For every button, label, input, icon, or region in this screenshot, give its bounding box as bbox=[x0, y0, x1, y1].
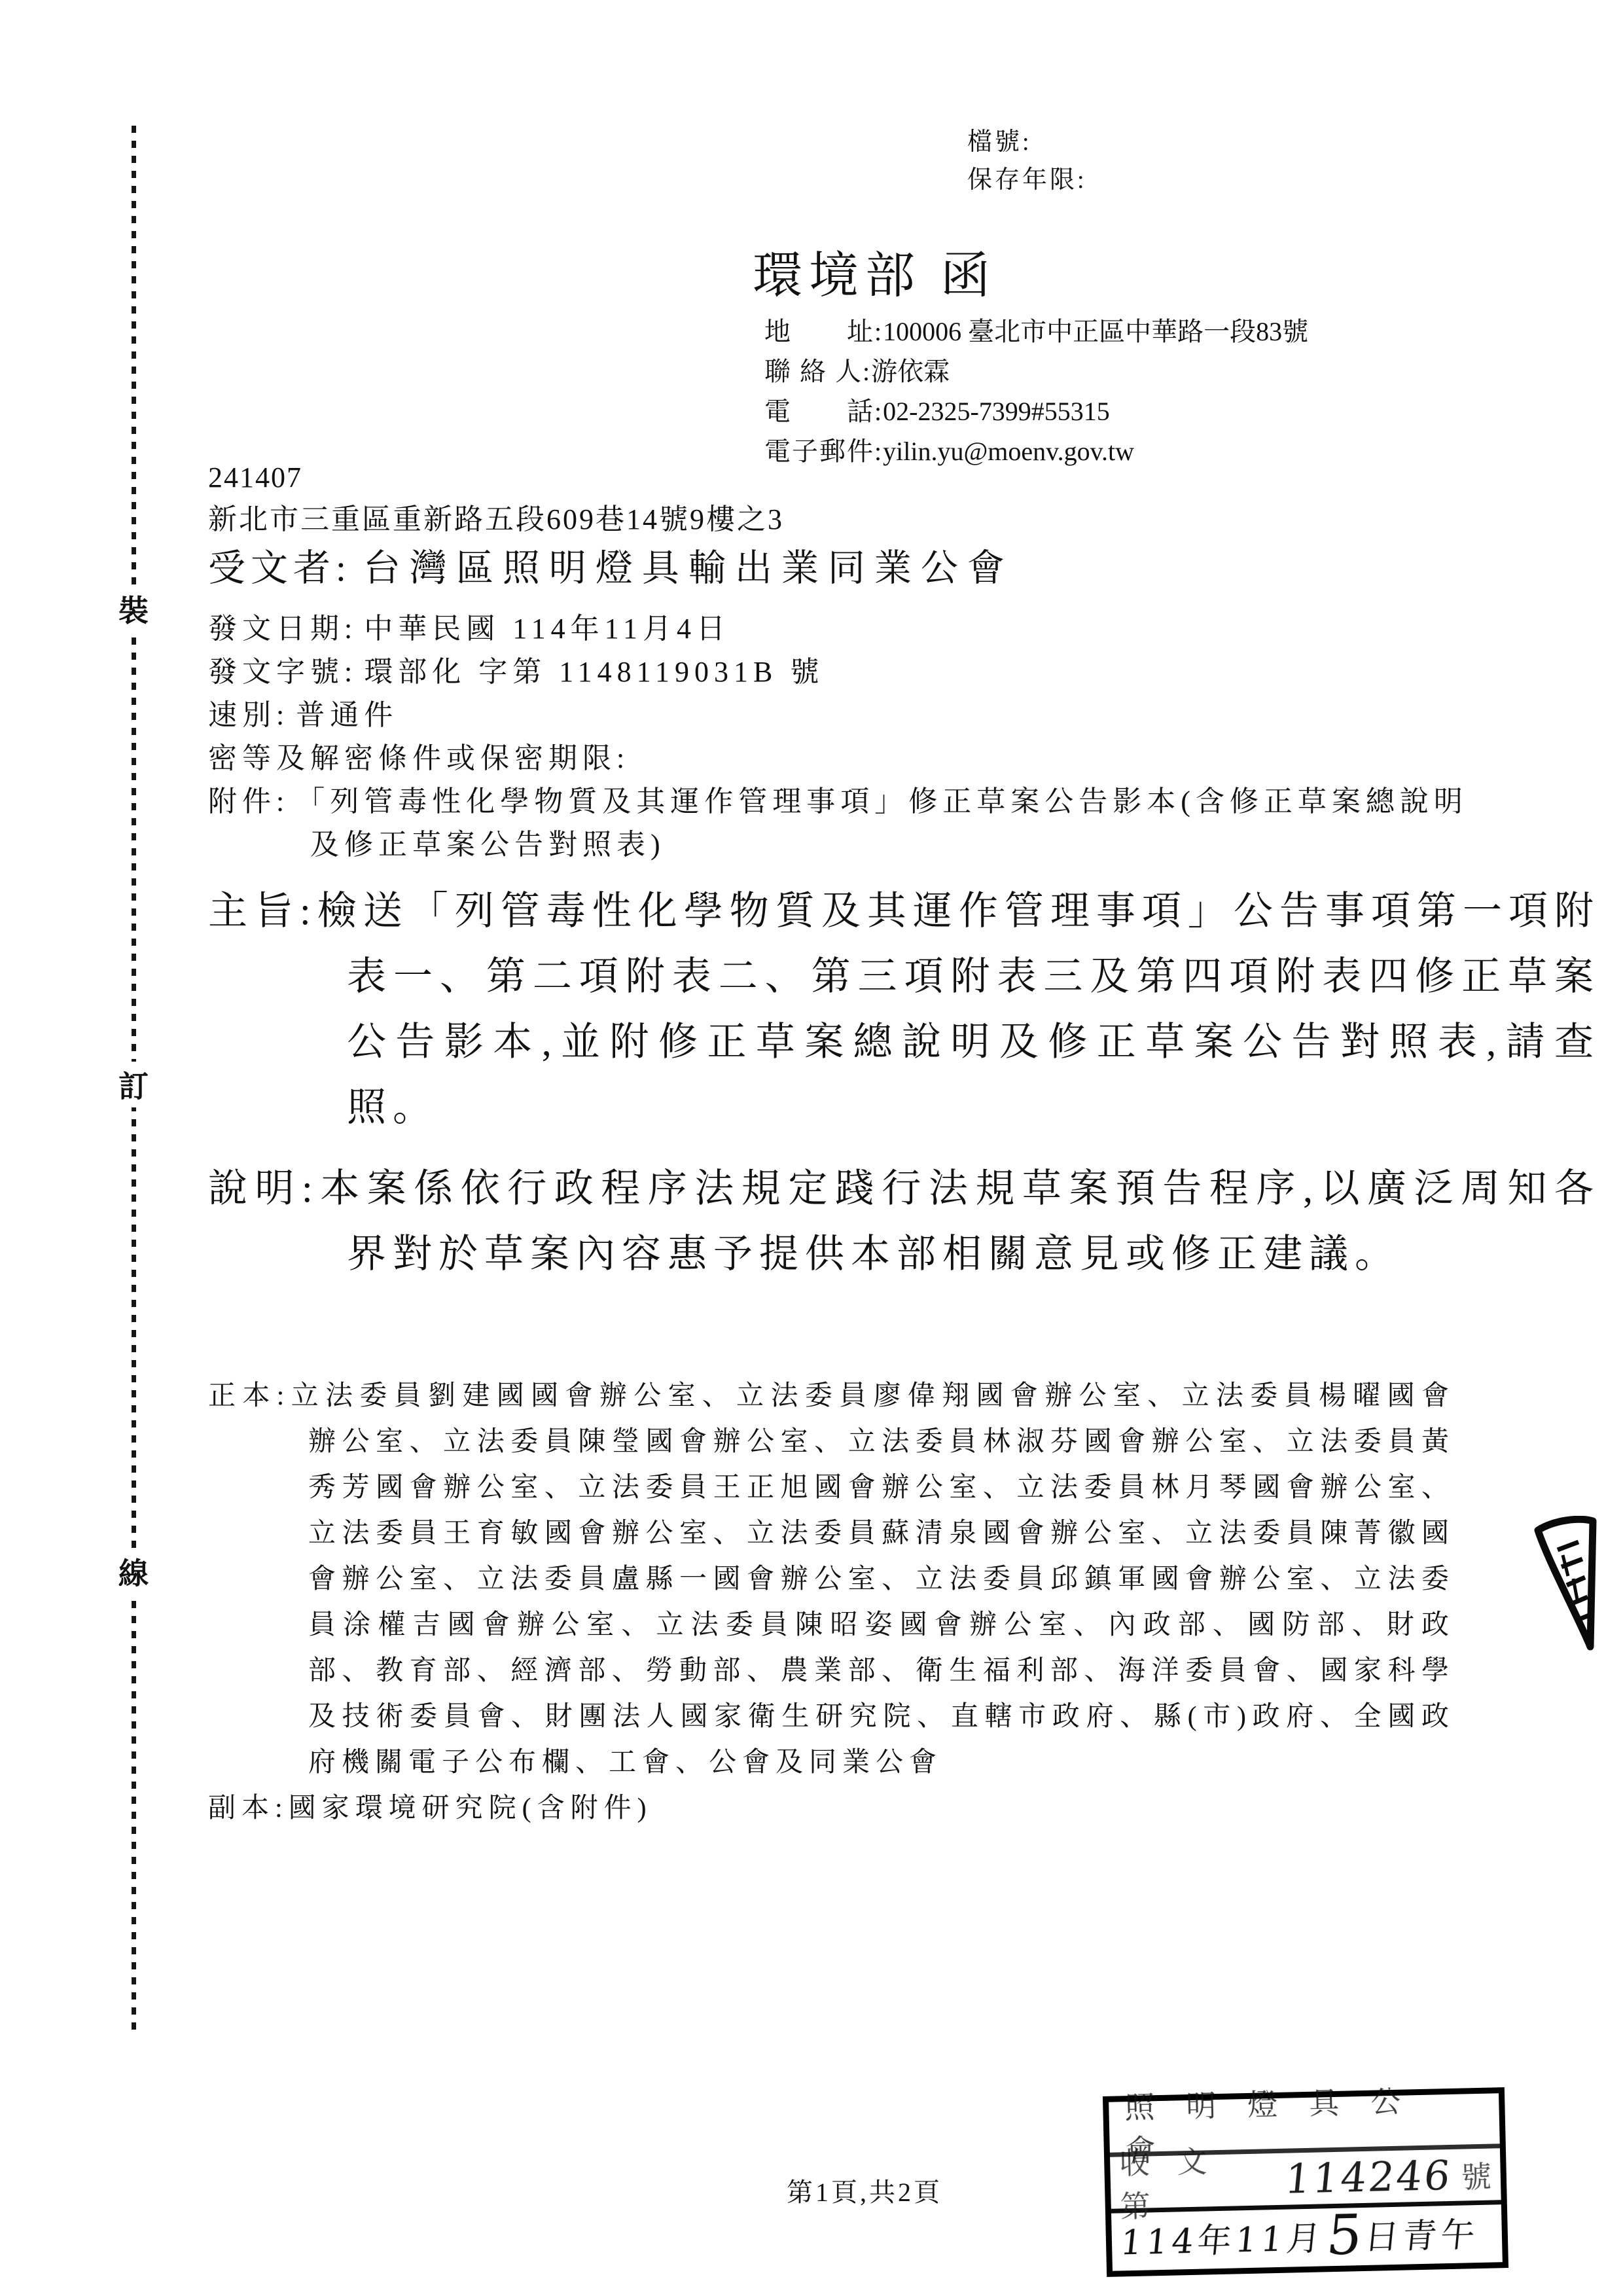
field-speed: 速別:普通件 bbox=[208, 694, 1494, 737]
field-attachment-label: 附件: bbox=[208, 785, 289, 817]
sender-address-label: 地 址: bbox=[764, 317, 883, 346]
binding-mark-xian: 線 bbox=[118, 1549, 149, 1594]
receipt-stamp-number-row: 收文第 114246 號 bbox=[1110, 2148, 1501, 2213]
cc-recipients: 副本:國家環境研究院(含附件) bbox=[208, 1785, 1455, 1831]
description-paragraph: 說明:本案係依行政程序法規定踐行法規草案預告程序,以廣泛周知各界對於草案內容惠予… bbox=[208, 1156, 1600, 1287]
subject-text: 檢送「列管毒性化學物質及其運作管理事項」公告事項第一項附表一、第二項附表二、第三… bbox=[317, 889, 1600, 1129]
recipient-address: 新北市三重區重新路五段609巷14號9樓之3 bbox=[208, 495, 784, 537]
receipt-day-handwritten: 5 bbox=[1325, 2214, 1364, 2254]
field-issue-date-value: 中華民國 114年11月4日 bbox=[364, 613, 730, 645]
recipient-name: 台灣區照明燈具輸出業同業公會 bbox=[363, 548, 1014, 589]
metadata-fields: 發文日期:中華民國 114年11月4日 發文字號:環部化 字第 11481190… bbox=[208, 607, 1494, 867]
subject-label: 主旨: bbox=[208, 889, 317, 933]
receipt-date-rest: 日青午 bbox=[1363, 2207, 1481, 2259]
receipt-stamp-date-row: 114年11月 5 日青午 bbox=[1111, 2204, 1503, 2267]
receipt-date-handwritten: 114年11月 bbox=[1118, 2210, 1327, 2264]
sender-phone-value: 02-2325-7399#55315 bbox=[883, 397, 1110, 426]
receipt-number-handwritten: 114246 bbox=[1283, 2151, 1455, 2203]
distribution-block: 正本:立法委員劉建國國會辦公室、立法委員廖偉翔國會辦公室、立法委員楊曜國會辦公室… bbox=[208, 1373, 1455, 1831]
sender-address-row: 地 址:100006 臺北市中正區中華路一段83號 bbox=[764, 312, 1308, 351]
sender-info-block: 地 址:100006 臺北市中正區中華路一段83號 聯 絡 人:游依霖 電 話:… bbox=[764, 312, 1308, 471]
field-issue-date-label: 發文日期: bbox=[208, 613, 357, 645]
field-speed-value: 普通件 bbox=[296, 699, 398, 731]
receipt-number-suffix: 號 bbox=[1461, 2153, 1491, 2197]
field-doc-number-label: 發文字號: bbox=[208, 656, 357, 688]
description-label: 說明: bbox=[208, 1167, 319, 1210]
sender-address-value: 100006 臺北市中正區中華路一段83號 bbox=[883, 317, 1308, 346]
sender-contact-value: 游依霖 bbox=[871, 357, 950, 386]
sender-contact-row: 聯 絡 人:游依霖 bbox=[764, 351, 1308, 391]
page-number: 第1頁,共2頁 bbox=[787, 2172, 942, 2209]
sender-email-label: 電子郵件: bbox=[764, 437, 883, 466]
recipient-line: 受文者:台灣區照明燈具輸出業同業公會 bbox=[208, 538, 1014, 592]
original-label: 正本: bbox=[208, 1381, 290, 1411]
sender-phone-row: 電 話:02-2325-7399#55315 bbox=[764, 391, 1308, 431]
original-list: 立法委員劉建國國會辦公室、立法委員廖偉翔國會辦公室、立法委員楊曜國會辦公室、立法… bbox=[290, 1381, 1455, 1778]
partial-edge-stamp bbox=[1529, 1516, 1602, 1655]
receipt-stamp: 照明燈具公會 收文第 114246 號 114年11月 5 日青午 bbox=[1103, 2087, 1508, 2277]
retention-label: 保存年限: bbox=[967, 161, 1087, 199]
field-security: 密等及解密條件或保密期限: bbox=[208, 737, 1494, 780]
file-no-label: 檔號: bbox=[967, 123, 1087, 161]
cc-label: 副本: bbox=[208, 1793, 289, 1823]
cc-list: 國家環境研究院(含附件) bbox=[289, 1793, 652, 1823]
archive-block: 檔號: 保存年限: bbox=[967, 123, 1087, 199]
binding-mark-ding: 訂 bbox=[118, 1062, 149, 1107]
document-title: 環境部 函 bbox=[753, 236, 997, 307]
field-issue-date: 發文日期:中華民國 114年11月4日 bbox=[208, 607, 1494, 651]
sender-phone-label: 電 話: bbox=[764, 397, 883, 426]
field-attachment: 附件:「列管毒性化學物質及其運作管理事項」修正草案公告影本(含修正草案總說明及修… bbox=[208, 780, 1494, 867]
binding-mark-zhuang: 裝 bbox=[118, 586, 149, 632]
original-recipients: 正本:立法委員劉建國國會辦公室、立法委員廖偉翔國會辦公室、立法委員楊曜國會辦公室… bbox=[208, 1373, 1455, 1785]
partial-edge-stamp-shape bbox=[1529, 1516, 1602, 1652]
field-doc-number: 發文字號:環部化 字第 1148119031B 號 bbox=[208, 651, 1494, 694]
field-security-label: 密等及解密條件或保密期限: bbox=[208, 742, 630, 774]
recipient-code: 241407 bbox=[208, 461, 302, 494]
scanned-letter-page: 裝 訂 線 檔號: 保存年限: 環境部 函 地 址:100006 臺北市中正區中… bbox=[0, 0, 1623, 2296]
sender-email-row: 電子郵件:yilin.yu@moenv.gov.tw bbox=[764, 431, 1308, 471]
field-attachment-value: 「列管毒性化學物質及其運作管理事項」修正草案公告影本(含修正草案總說明及修正草案… bbox=[296, 785, 1468, 861]
sender-contact-label: 聯 絡 人: bbox=[764, 357, 871, 386]
field-speed-label: 速別: bbox=[208, 699, 289, 731]
subject-paragraph: 主旨:檢送「列管毒性化學物質及其運作管理事項」公告事項第一項附表一、第二項附表二… bbox=[208, 878, 1600, 1140]
sender-email-value: yilin.yu@moenv.gov.tw bbox=[883, 437, 1134, 466]
description-text: 本案係依行政程序法規定踐行法規草案預告程序,以廣泛周知各界對於草案內容惠予提供本… bbox=[319, 1167, 1600, 1276]
field-doc-number-value: 環部化 字第 1148119031B 號 bbox=[364, 656, 824, 688]
recipient-label: 受文者: bbox=[208, 548, 351, 589]
